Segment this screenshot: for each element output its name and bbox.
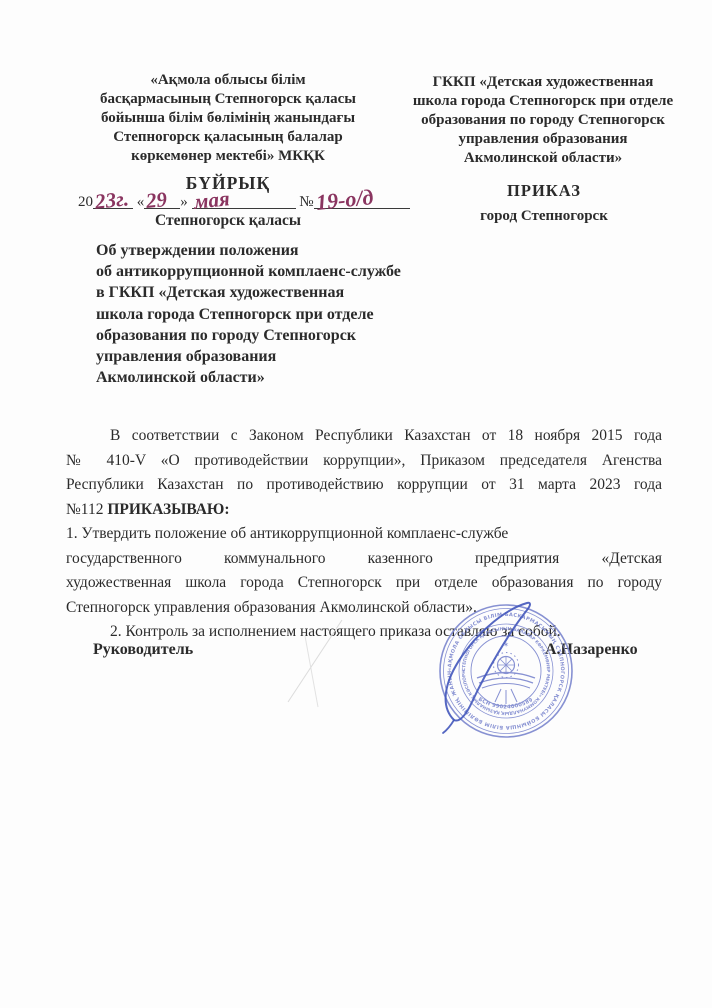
org-name-russian: ГККП «Детская художественная школа город… — [396, 73, 690, 168]
org-name-kazakh-line: басқармасының Степногорск қаласы — [66, 90, 390, 109]
org-name-kazakh-line: көркемөнер мектебі» МКҚК — [66, 147, 390, 166]
org-name-kazakh-line: «Ақмола облысы білім — [66, 71, 390, 90]
order-number-ref: №112 — [66, 501, 107, 518]
handwritten-signature — [432, 596, 582, 741]
quote-open: « — [137, 194, 145, 210]
order-subject-line: Акмолинской области» — [96, 367, 456, 388]
order-date-number-line: 2023г. «29» мая №19-о/д — [78, 193, 408, 211]
body-line: Республики Казахстан по противодействию … — [66, 473, 662, 498]
handwritten-day: 29 — [145, 189, 168, 212]
prikazyvayu-keyword: ПРИКАЗЫВАЮ: — [107, 501, 229, 518]
body-line: № 410-V «О противодействии коррупции», П… — [66, 449, 662, 474]
org-name-kazakh: «Ақмола облысы білім басқармасының Степн… — [66, 71, 390, 166]
org-name-kazakh-line: Степногорск қаласының балалар — [66, 128, 390, 147]
org-name-russian-line: образования по городу Степногорск — [396, 111, 690, 130]
order-subject-line: школа города Степногорск при отделе — [96, 304, 456, 325]
number-blank: 19-о/д — [314, 193, 410, 209]
body-line: художественная школа города Степногорск … — [66, 571, 662, 596]
org-name-russian-line: управления образования — [396, 130, 690, 149]
handwritten-month: мая — [193, 188, 231, 213]
order-subject-line: Об утверждении положения — [96, 240, 456, 261]
day-blank: 29 — [144, 193, 180, 209]
body-line: государственного коммунального казенного… — [66, 547, 662, 572]
faint-pencil-marks — [250, 610, 380, 750]
order-place-russian: город Степногорск — [398, 208, 690, 225]
org-name-russian-line: ГККП «Детская художественная — [396, 73, 690, 92]
year-blank: 23г. — [93, 193, 133, 209]
order-title-russian: ПРИКАЗ — [398, 181, 690, 201]
handwritten-year: 23г. — [94, 188, 130, 212]
quote-close: » — [180, 194, 188, 210]
body-line: В соответствии с Законом Республики Каза… — [66, 424, 662, 449]
org-name-russian-line: Акмолинской области» — [396, 149, 690, 168]
order-subject-line: об антикоррупционной комплаенс-службе — [96, 261, 456, 282]
handwritten-order-number: 19-о/д — [315, 186, 374, 214]
month-blank: мая — [192, 193, 296, 209]
order-subject-line: образования по городу Степногорск — [96, 325, 456, 346]
order-place-kazakh: Степногорск қаласы — [68, 212, 388, 230]
order-subject-line: управления образования — [96, 346, 456, 367]
body-line: №112 ПРИКАЗЫВАЮ: — [66, 498, 662, 523]
scanned-order-document: «Ақмола облысы білім басқармасының Степн… — [0, 0, 712, 1008]
org-name-kazakh-line: бойынша білім бөлімінің жанындағы — [66, 109, 390, 128]
body-line: 1. Утвердить положение об антикоррупцион… — [66, 522, 662, 547]
org-name-russian-line: школа города Степногорск при отделе — [396, 92, 690, 111]
signature-role: Руководитель — [93, 641, 193, 659]
number-sign: № — [299, 194, 313, 210]
order-subject-line: в ГККП «Детская художественная — [96, 282, 456, 303]
year-prefix: 20 — [78, 194, 93, 210]
order-subject: Об утверждении положения об антикоррупци… — [96, 240, 456, 388]
